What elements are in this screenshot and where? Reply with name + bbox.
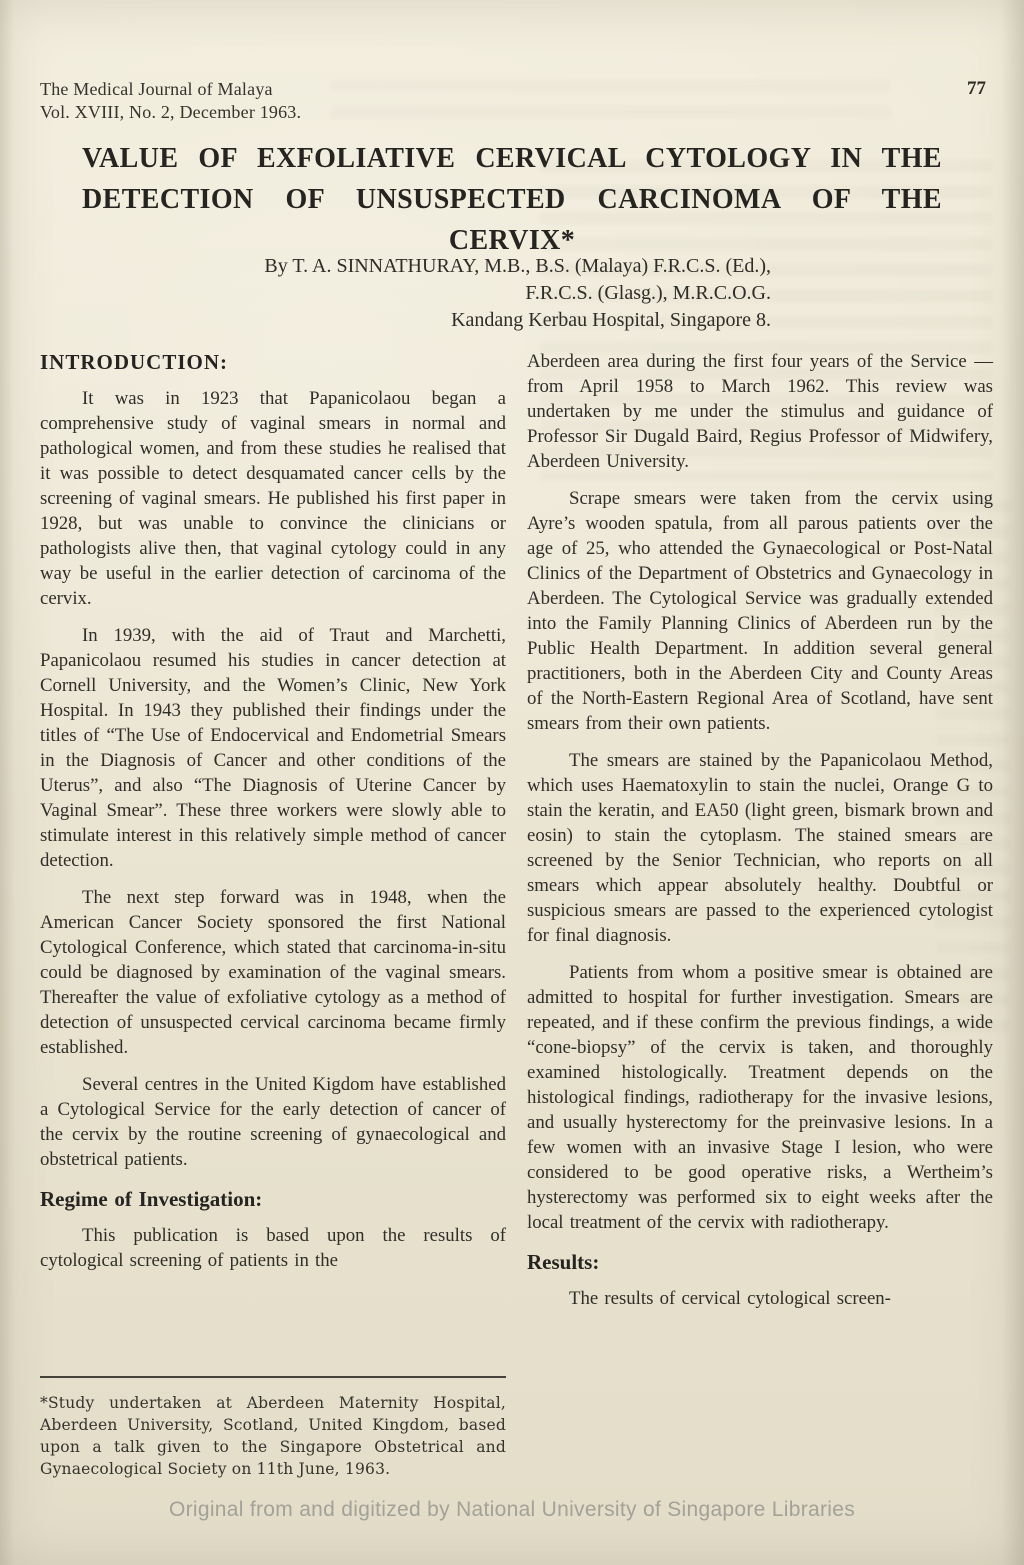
page-header: The Medical Journal of Malaya Vol. XVIII… (40, 78, 986, 124)
heading-regime-of-investigation: Regime of Investigation: (40, 1186, 506, 1212)
author-byline: By T. A. SINNATHURAY, M.B., B.S. (Malaya… (40, 253, 771, 334)
results-paragraph: The results of cervical cytological scre… (527, 1286, 993, 1311)
article-title-line-2: DETECTION OF UNSUSPECTED CARCINOMA OF TH… (82, 179, 942, 220)
intro-paragraph-4: Several centres in the United Kigdom hav… (40, 1072, 506, 1172)
intro-paragraph-3: The next step forward was in 1948, when … (40, 885, 506, 1060)
regime-paragraph: This publication is based upon the resul… (40, 1223, 506, 1273)
heading-results: Results: (527, 1249, 993, 1275)
intro-paragraph-1: It was in 1923 that Papanicolaou began a… (40, 386, 506, 611)
byline-affiliation-line: Kandang Kerbau Hospital, Singapore 8. (40, 307, 771, 334)
method-paragraph-smears: Scrape smears were taken from the cervix… (527, 486, 993, 736)
article-title-line-1: VALUE OF EXFOLIATIVE CERVICAL CYTOLOGY I… (82, 138, 942, 179)
method-paragraph-staining: The smears are stained by the Papanicola… (527, 748, 993, 948)
digitization-watermark: Original from and digitized by National … (0, 1498, 1024, 1522)
left-column: INTRODUCTION: It was in 1923 that Papani… (40, 349, 506, 1285)
right-column: Aberdeen area during the first four year… (527, 349, 993, 1323)
journal-page-scan: The Medical Journal of Malaya Vol. XVIII… (0, 0, 1024, 1565)
method-paragraph-followup: Patients from whom a positive smear is o… (527, 960, 993, 1235)
footnote-text: *Study undertaken at Aberdeen Maternity … (40, 1392, 506, 1480)
journal-name: The Medical Journal of Malaya (40, 78, 986, 101)
journal-issue-line: Vol. XVIII, No. 2, December 1963. (40, 101, 986, 124)
continuation-paragraph: Aberdeen area during the first four year… (527, 349, 993, 474)
heading-introduction: INTRODUCTION: (40, 349, 506, 375)
page-number: 77 (967, 78, 986, 100)
article-title: VALUE OF EXFOLIATIVE CERVICAL CYTOLOGY I… (82, 138, 942, 261)
byline-author-line: By T. A. SINNATHURAY, M.B., B.S. (Malaya… (40, 253, 771, 280)
byline-credentials-line: F.R.C.S. (Glasg.), M.R.C.O.G. (40, 280, 771, 307)
intro-paragraph-2: In 1939, with the aid of Traut and March… (40, 623, 506, 873)
footnote-divider (40, 1376, 506, 1378)
